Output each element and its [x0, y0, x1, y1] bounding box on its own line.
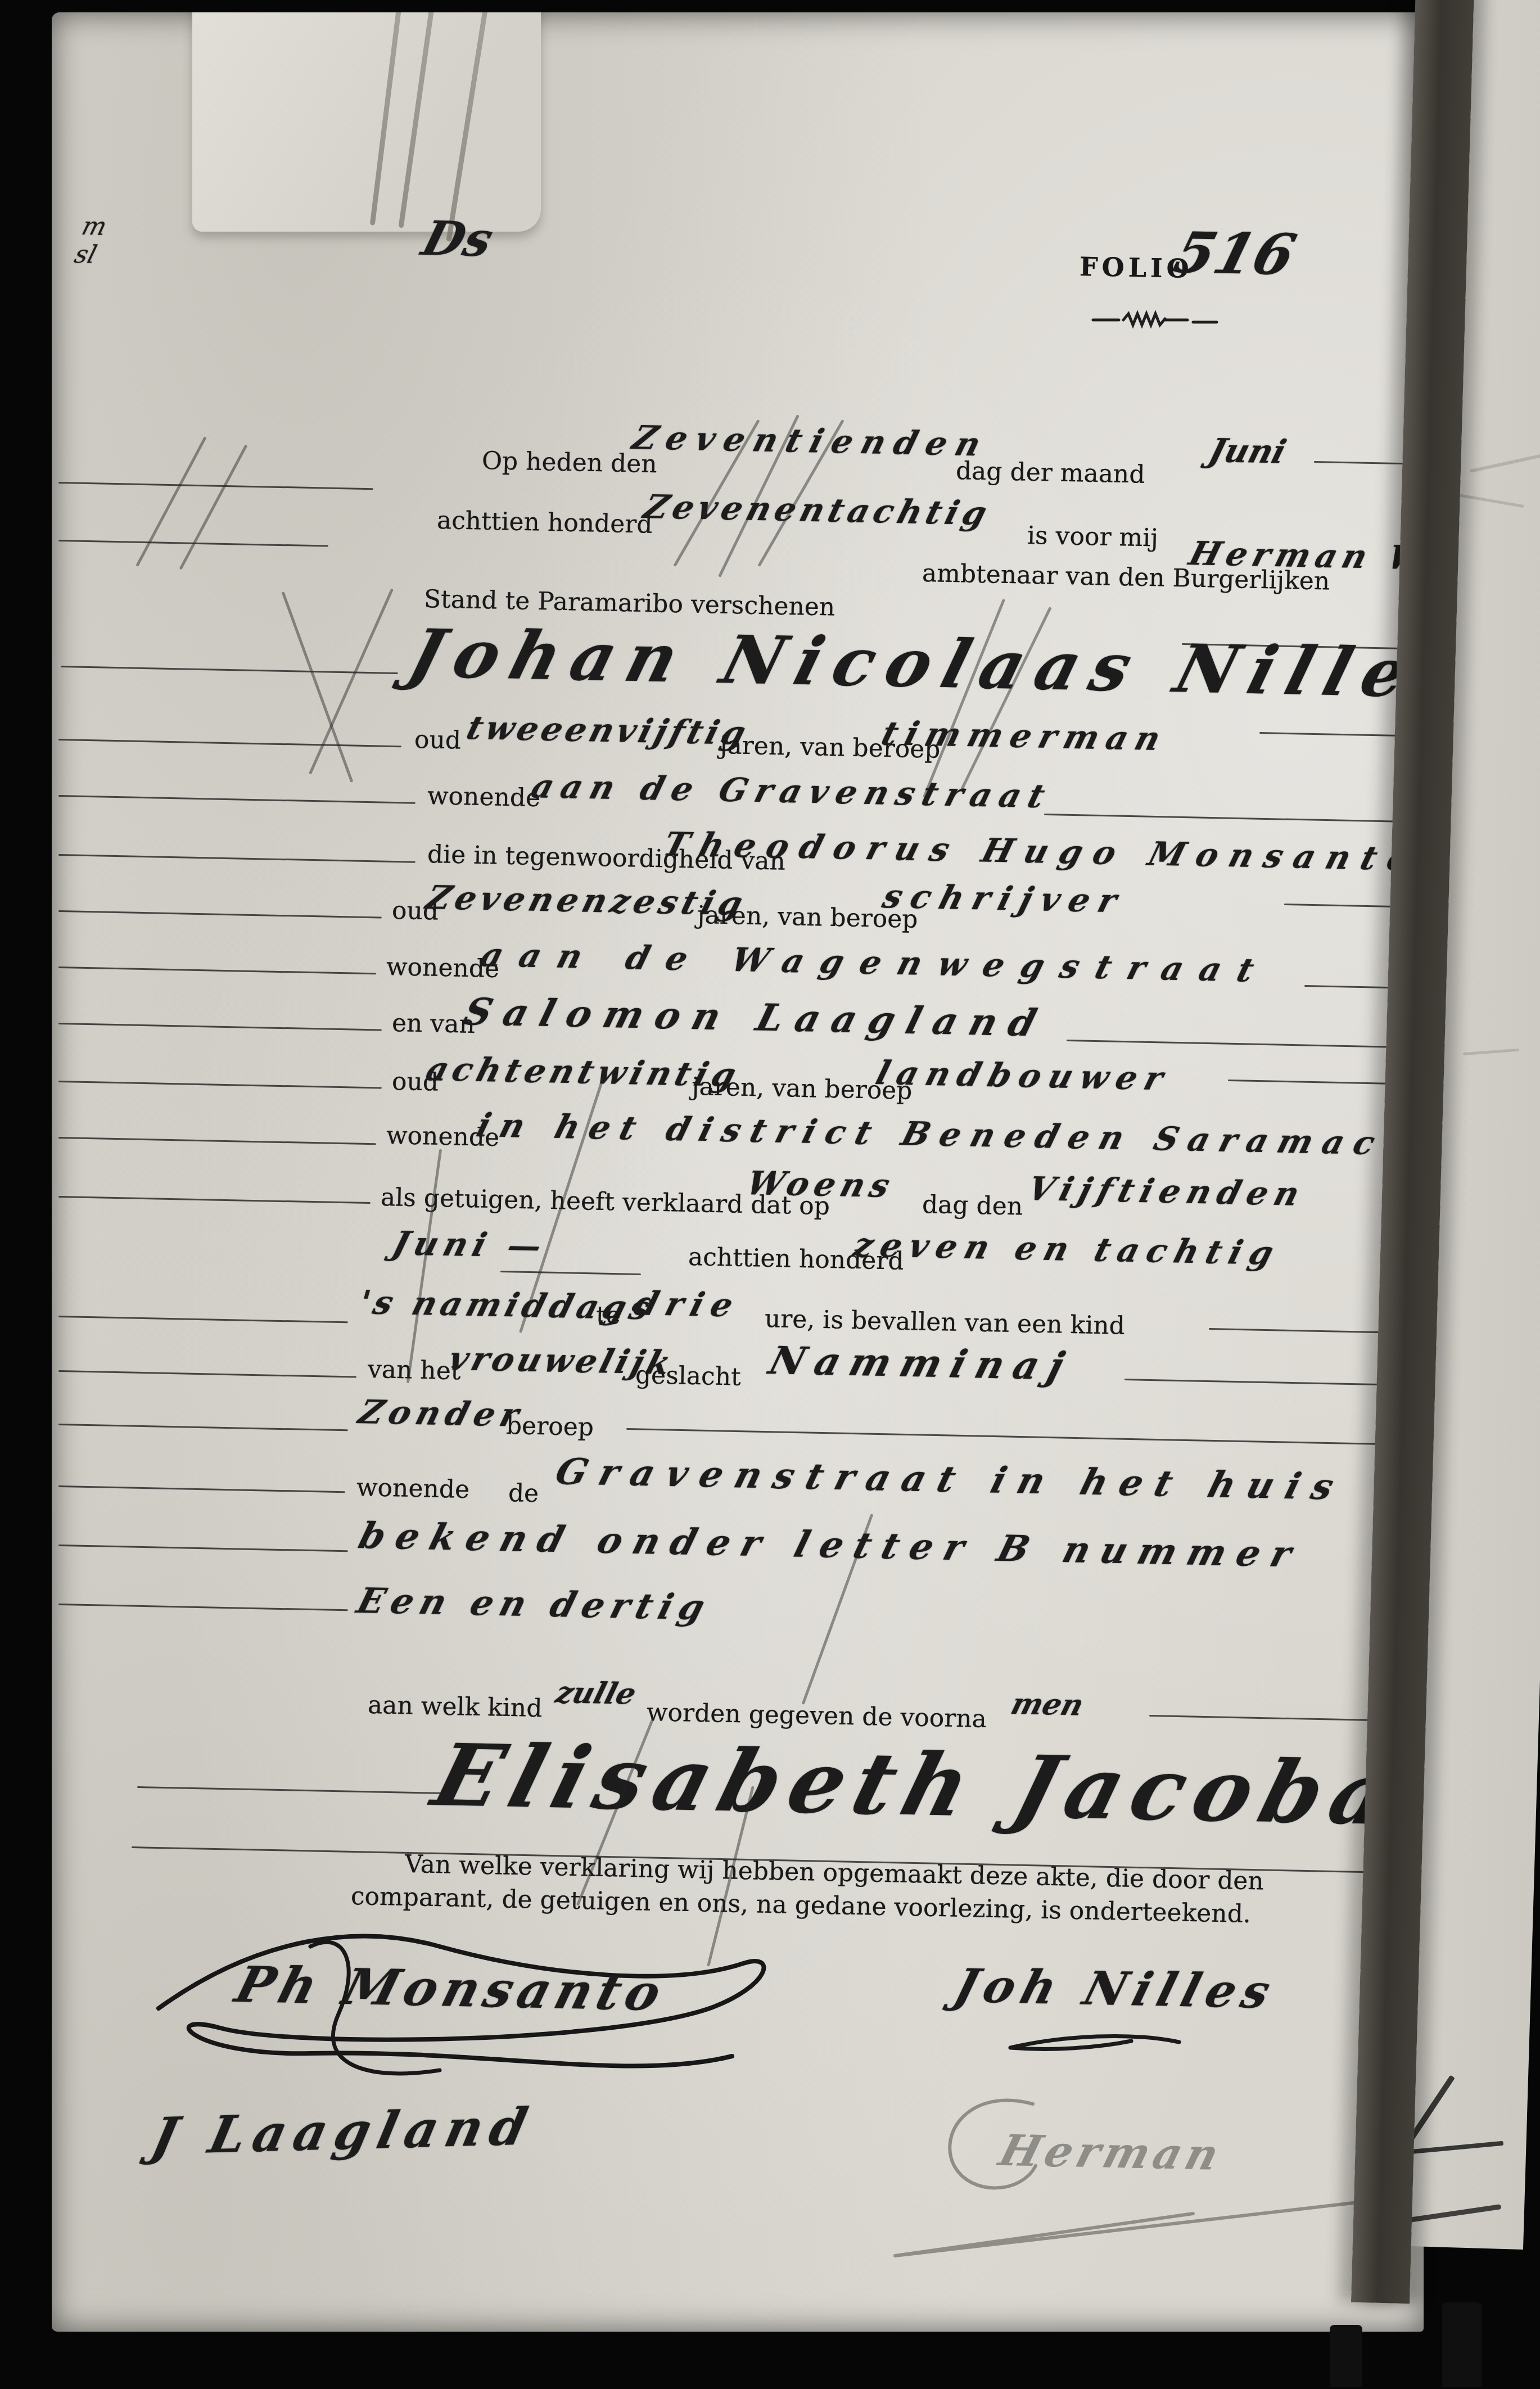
folio-number: 516 — [1167, 219, 1302, 288]
entry-weekday: Woens — [743, 1164, 900, 1205]
binding-clamp — [1330, 2325, 1362, 2387]
printed-ure-bevallen: ure, is bevallen van een kind — [764, 1304, 1125, 1340]
ghost-writing-stroke — [1463, 1049, 1519, 1055]
folio-divider-squiggle — [1091, 308, 1237, 330]
entry-address-witness1: aan de Wagenwegstraat — [477, 936, 1275, 990]
signature-stroke-adjacent — [1406, 2204, 1502, 2223]
form-rule — [58, 1424, 348, 1431]
printed-worden-gegeven: worden gegeven de voorna — [646, 1698, 987, 1733]
margin-mark: sl — [71, 240, 100, 269]
entry-occupation-witness1: schrijver — [879, 877, 1130, 920]
printed-dag-den: dag den — [922, 1190, 1023, 1221]
form-rule — [58, 910, 382, 919]
ink-stroke — [136, 436, 206, 567]
entry-mother-name: Namminaj — [764, 1338, 1079, 1389]
declarant-signature-underline — [1002, 2025, 1187, 2059]
form-rule — [61, 666, 398, 674]
printed-wonende-1: wonende — [427, 782, 540, 812]
entry-house-number-words: Een en dertig — [353, 1580, 716, 1628]
entry-child-names: Elisabeth Jacoba — [423, 1724, 1411, 1844]
form-rule — [58, 739, 401, 747]
form-rule — [58, 1316, 348, 1323]
form-rule — [1259, 732, 1417, 737]
ghost-writing-stroke — [1457, 494, 1524, 508]
printed-is-voor-mij: is voor mij — [1027, 521, 1158, 553]
margin-mark: m — [79, 212, 110, 241]
form-rule — [58, 795, 416, 804]
document-page: m sl Ds FOLIO 516 Op heden den Zeventien… — [52, 12, 1424, 2332]
form-rule — [58, 1485, 345, 1493]
printed-te: te — [595, 1301, 621, 1330]
printed-achttien-honderd: achttien honderd — [436, 506, 653, 539]
entry-age-declarant: tweeenvijftig — [463, 708, 753, 752]
form-rule — [1044, 814, 1415, 823]
binding-clamp — [1442, 2302, 1482, 2387]
declarant-signature-right: Joh Nilles — [949, 1959, 1282, 2019]
entry-mother-address: Gravenstraat in het huis — [551, 1451, 1351, 1509]
entry-birth-month: Juni — — [389, 1224, 552, 1265]
scanned-birth-act: m sl Ds FOLIO 516 Op heden den Zeventien… — [0, 0, 1540, 2389]
form-rule — [58, 1370, 356, 1378]
corner-mark: Ds — [417, 210, 499, 267]
witness-signature-left: J Laagland — [146, 2097, 540, 2166]
form-rule — [626, 1428, 1413, 1446]
entry-namen-suffix: men — [1008, 1687, 1087, 1722]
printed-beroep: beroep — [505, 1411, 594, 1442]
entry-birth-day: Vijftienden — [1024, 1169, 1311, 1213]
form-rule — [58, 482, 373, 490]
form-rule — [58, 854, 416, 863]
printed-geslacht: geslacht — [635, 1361, 741, 1392]
printed-dag-der-maand: dag der maand — [955, 457, 1145, 489]
folded-corner — [192, 12, 541, 232]
printed-oud-1: oud — [414, 725, 461, 755]
entry-witness2-name: Salomon Laagland — [459, 990, 1053, 1045]
form-rule — [1067, 1040, 1415, 1048]
entry-year: Zevenentachtig — [640, 487, 996, 532]
printed-wonende-4: wonende — [356, 1473, 469, 1504]
form-rule — [58, 1196, 371, 1204]
entry-address-witness2: in het district Beneden Saramacca — [473, 1106, 1424, 1163]
entry-declarant-name: Johan Nicolaas Nilles — [401, 614, 1424, 713]
entry-house-letter-number: bekend onder letter B nummer — [354, 1515, 1307, 1575]
entry-zonder: Zonder — [355, 1393, 529, 1434]
form-rule — [500, 1271, 641, 1275]
entry-birth-year: zeven en tachtig — [850, 1226, 1285, 1272]
form-rule — [137, 1786, 441, 1794]
form-rule — [58, 1545, 348, 1552]
paraaf-underline-flourish — [878, 2171, 1424, 2267]
form-rule — [58, 1137, 376, 1145]
entry-address-declarant: aan de Gravenstraat — [527, 767, 1057, 815]
form-rule — [1314, 461, 1415, 465]
form-rule — [1149, 1715, 1402, 1722]
form-rule — [58, 967, 376, 974]
form-rule — [58, 1081, 382, 1089]
entry-day-of-month: Zeventienden — [629, 418, 994, 463]
printed-aan-welk-kind: aan welk kind — [367, 1691, 542, 1723]
entry-hour: drie — [630, 1284, 745, 1324]
printed-de: de — [508, 1479, 539, 1508]
ghost-writing-stroke — [1470, 451, 1540, 473]
entry-zullen: zulle — [552, 1676, 640, 1711]
form-rule — [58, 1604, 348, 1611]
form-rule — [58, 1023, 382, 1031]
form-rule — [1124, 1379, 1416, 1386]
entry-month: Juni — [1205, 431, 1290, 471]
official-signature-text: Ph Monsanto — [229, 1955, 673, 2022]
entry-occupation-witness2: landbouwer — [872, 1054, 1175, 1098]
entry-occupation-declarant: timmerman — [878, 714, 1172, 758]
